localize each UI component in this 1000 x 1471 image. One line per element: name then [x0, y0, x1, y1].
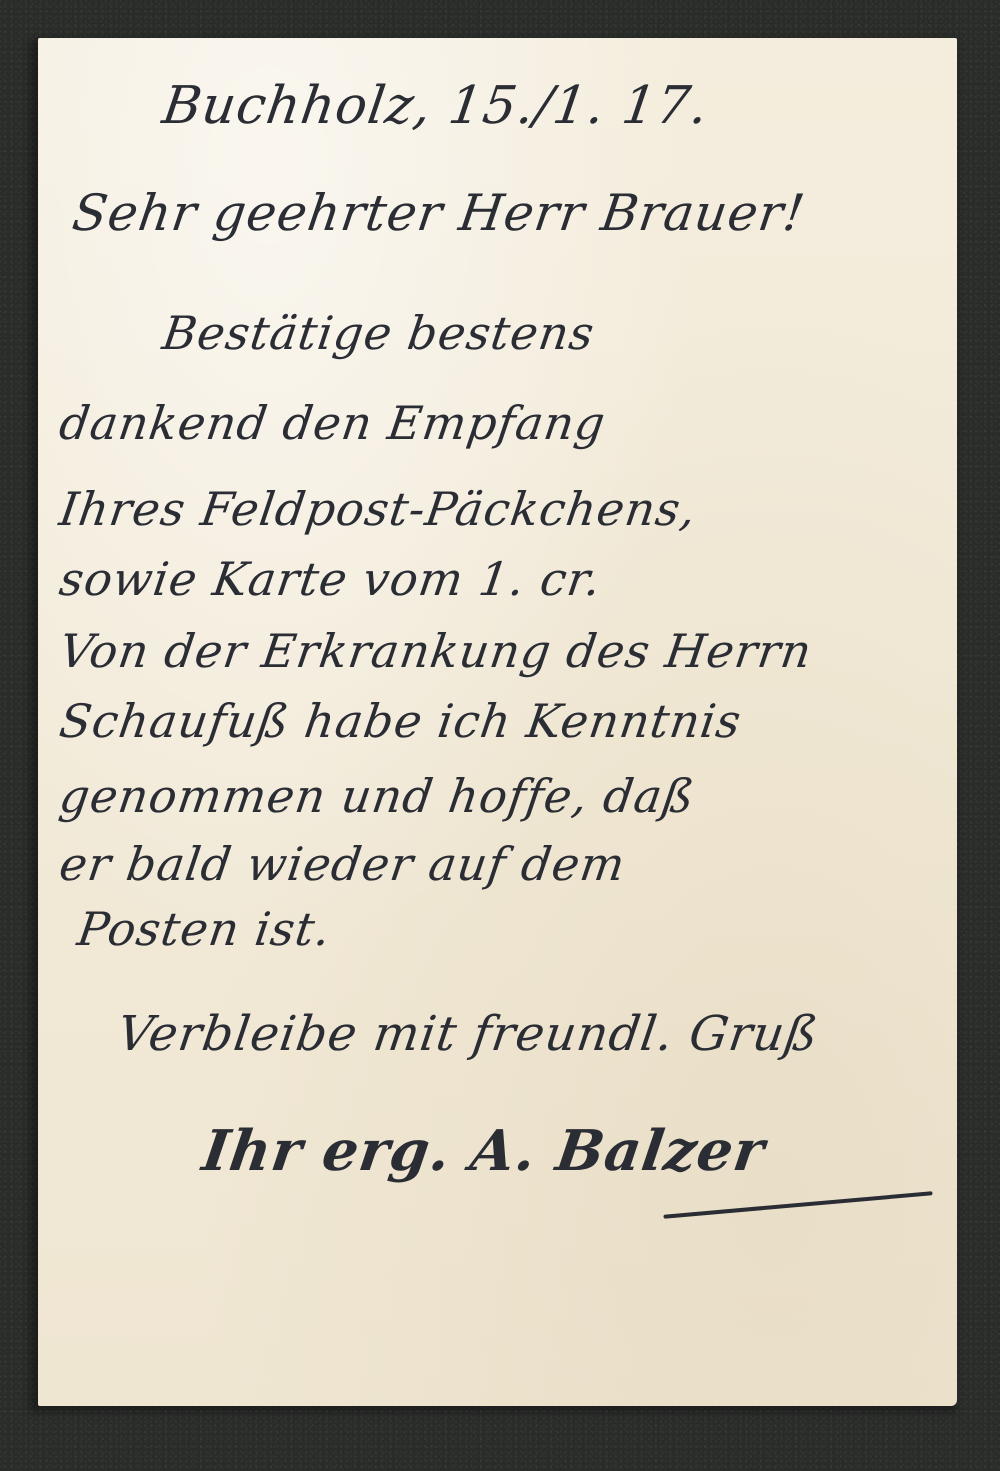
closing-line: Verbleibe mit freundl. Gruß [115, 1010, 822, 1058]
signature-underline [663, 1191, 932, 1219]
date-line: Buchholz, 15./1. 17. [159, 80, 712, 132]
body-line: dankend den Empfang [57, 400, 609, 446]
body-line: Ihres Feldpost-Päckchens, [57, 486, 700, 532]
signature: Ihr erg. A. Balzer [199, 1123, 768, 1179]
body-line: Schaufuß habe ich Kenntnis [57, 698, 745, 744]
body-line: Von der Erkrankung des Herrn [57, 628, 815, 674]
body-line: Bestätige bestens [160, 310, 598, 356]
body-line: er bald wieder auf dem [57, 841, 629, 887]
body-line: sowie Karte vom 1. cr. [57, 556, 605, 602]
postcard: Buchholz, 15./1. 17. Sehr geehrter Herr … [38, 38, 957, 1406]
body-line: genommen und hoffe, daß [57, 773, 698, 819]
salutation: Sehr geehrter Herr Brauer! [69, 188, 808, 238]
body-line: Posten ist. [75, 906, 334, 952]
